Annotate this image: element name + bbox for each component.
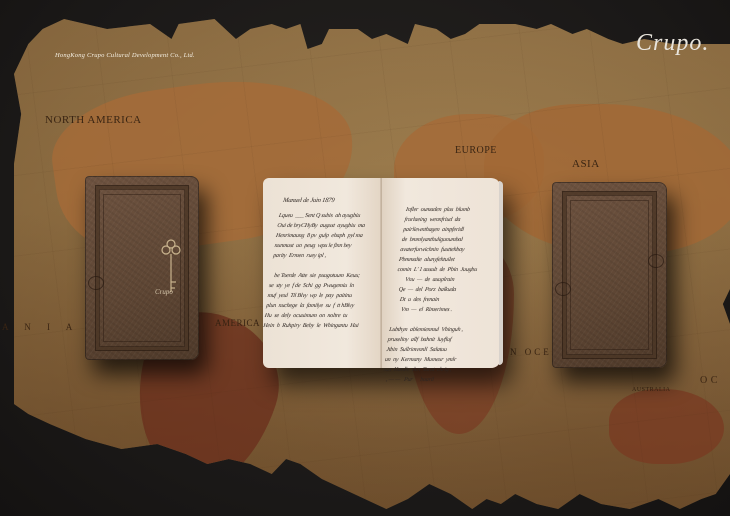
ornament-icon xyxy=(648,254,664,268)
map-label-ocean-far-right: O C xyxy=(700,375,718,386)
ornament-icon xyxy=(88,276,104,290)
right-page: Infler oumaden plus blumb frurlaeing wen… xyxy=(382,178,501,368)
cover-inner-border xyxy=(570,200,649,350)
map-label-south-america: AMERICA xyxy=(215,318,260,328)
landmass-australia xyxy=(609,389,724,464)
ornament-icon xyxy=(555,282,571,296)
closed-notebook-right xyxy=(552,182,667,368)
map-label-asia: ASIA xyxy=(572,158,600,170)
map-label-north-america: NORTH AMERICA xyxy=(45,114,142,126)
handwritten-text-left: Lqueu ___ Sent Q subis ah ayugbiu Oui de… xyxy=(263,211,375,331)
map-label-europe: EUROPE xyxy=(455,145,497,156)
closed-notebook-left: Crupo xyxy=(85,176,199,360)
map-label-australia: AUSTRALIA xyxy=(632,387,671,393)
brand-logo: Crupo. xyxy=(636,30,709,57)
handwritten-date: Manuel de Juin 1879 xyxy=(282,196,335,206)
handwritten-text-right: Infler oumaden plus blumb frurlaeing wen… xyxy=(381,205,486,385)
left-page: Manuel de Juin 1879 Lqueu ___ Sent Q sub… xyxy=(263,178,382,368)
map-label-ocean-left: A N I A xyxy=(2,322,79,332)
company-name: HongKong Crupo Cultural Development Co.,… xyxy=(55,52,195,59)
open-notebook: Manuel de Juin 1879 Lqueu ___ Sent Q sub… xyxy=(263,178,501,368)
cover-brand-mark: Crupo xyxy=(155,288,173,296)
